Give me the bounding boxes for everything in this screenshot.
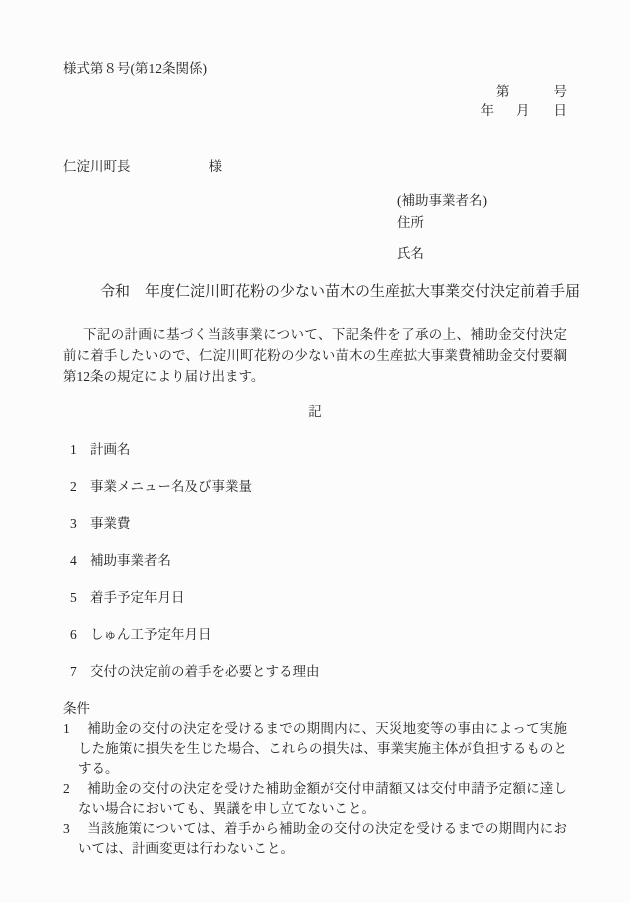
applicant-block: (補助事業者名) 住所 氏名 (397, 190, 567, 265)
date-month-label: 月 (516, 103, 530, 118)
condition-number: 1 (63, 719, 87, 739)
list-item: 1計画名 (63, 439, 567, 460)
date-year-label: 年 (481, 103, 495, 118)
doc-number-blank (510, 95, 554, 96)
date-month-blank (530, 114, 554, 115)
document-page: 様式第８号(第12条関係) 第号 年月日 仁淀川町長様 (補助事業者名) 住所 … (0, 0, 630, 903)
conditions-list: 1補助金の交付の決定を受けるまでの期間内に、天災地変等の事由によって実施した施策… (63, 719, 567, 859)
doc-number-suffix: 号 (554, 84, 568, 99)
condition-number: 2 (63, 779, 87, 799)
ki-heading: 記 (63, 401, 567, 422)
list-item: 2事業メニュー名及び事業量 (63, 476, 567, 497)
addressee-honorific: 様 (209, 159, 223, 174)
doc-number-prefix: 第 (496, 84, 510, 99)
list-item: 7交付の決定前の着手を必要とする理由 (63, 661, 567, 682)
body-paragraph: 下記の計画に基づく当該事業について、下記条件を了承の上、補助金交付決定前に着手し… (63, 324, 567, 387)
list-item-number: 7 (70, 661, 90, 682)
addressee-name: 仁淀川町長 (63, 159, 131, 174)
condition-item: 3当該施策については、着手から補助金の交付の決定を受けるまでの期間内においては、… (63, 819, 567, 859)
document-title: 令和 年度仁淀川町花粉の少ない苗木の生産拡大事業交付決定前着手届 (63, 281, 567, 304)
date-day-label: 日 (554, 103, 568, 118)
form-label: 様式第８号(第12条関係) (63, 58, 567, 79)
date-line: 年月日 (63, 101, 567, 120)
addressee-line: 仁淀川町長様 (63, 156, 567, 177)
list-item-number: 6 (70, 624, 90, 645)
list-item-label: 事業費 (90, 516, 131, 531)
list-item-number: 5 (70, 587, 90, 608)
applicant-fullname-label: 氏名 (397, 243, 567, 265)
list-item-label: 補助事業者名 (90, 553, 171, 568)
list-item-number: 1 (70, 439, 90, 460)
condition-item: 2補助金の交付の決定を受けた補助金額が交付申請額又は交付申請予定額に達しない場合… (63, 779, 567, 819)
list-item-label: しゅん工予定年月日 (90, 627, 212, 642)
condition-text: 補助金の交付の決定を受けた補助金額が交付申請額又は交付申請予定額に達しない場合に… (78, 781, 567, 816)
list-item-label: 着手予定年月日 (90, 590, 185, 605)
item-list: 1計画名 2事業メニュー名及び事業量 3事業費 4補助事業者名 5着手予定年月日… (63, 439, 567, 682)
applicant-address-label: 住所 (397, 212, 567, 234)
conditions-heading: 条件 (63, 699, 567, 719)
condition-item: 1補助金の交付の決定を受けるまでの期間内に、天災地変等の事由によって実施した施策… (63, 719, 567, 779)
list-item: 5着手予定年月日 (63, 587, 567, 608)
doc-number-line: 第号 (63, 82, 567, 101)
list-item-number: 2 (70, 476, 90, 497)
condition-text: 当該施策については、着手から補助金の交付の決定を受けるまでの期間内においては、計… (78, 821, 567, 856)
list-item: 3事業費 (63, 513, 567, 534)
doc-number-block: 第号 年月日 (63, 82, 567, 120)
list-item-number: 4 (70, 550, 90, 571)
list-item-number: 3 (70, 513, 90, 534)
list-item-label: 計画名 (90, 442, 131, 457)
date-year-blank (494, 114, 516, 115)
condition-number: 3 (63, 819, 87, 839)
addressee-blank (131, 170, 209, 171)
list-item: 4補助事業者名 (63, 550, 567, 571)
list-item-label: 事業メニュー名及び事業量 (90, 479, 252, 494)
list-item: 6しゅん工予定年月日 (63, 624, 567, 645)
applicant-name-paren-label: (補助事業者名) (397, 190, 567, 212)
list-item-label: 交付の決定前の着手を必要とする理由 (90, 664, 320, 679)
condition-text: 補助金の交付の決定を受けるまでの期間内に、天災地変等の事由によって実施した施策に… (78, 721, 567, 776)
